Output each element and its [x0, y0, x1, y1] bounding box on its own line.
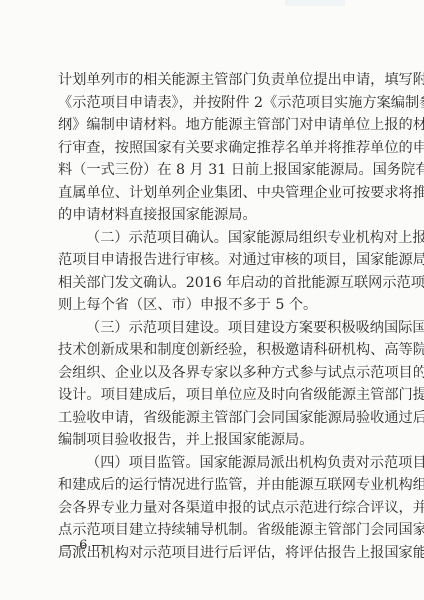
page-number: — 6 —: [62, 538, 105, 554]
document-page: 计划单列市的相关能源主管部门负责单位提出申请，填写附件 1 《示范项目申请表》，…: [0, 0, 424, 600]
text-line: 《示范项目申请表》，并按附件 2《示范项目实施方案编制参考大: [58, 92, 374, 115]
section-heading-line: （四）项目监管。国家能源局派出机构负责对示范项目建设: [58, 452, 374, 475]
text-line: 设计。项目建成后，项目单位应及时向省级能源主管部门提出竣: [58, 384, 374, 407]
text-line: 工验收申请，省级能源主管部门会同国家能源局验收通过后，组织: [58, 407, 374, 430]
text-line: 料（一式三份）在 8 月 31 日前上报国家能源局。国务院有关部门: [58, 159, 374, 182]
text-line: 计划单列市的相关能源主管部门负责单位提出申请，填写附件 1: [58, 69, 374, 92]
text-line: 编制项目验收报告，并上报国家能源局。: [58, 429, 374, 452]
text-line: 纲》编制申请材料。地方能源主管部门对申请单位上报的材料进: [58, 114, 374, 137]
text-line: 和建成后的运行情况进行监管，并由能源互联网专业机构组织社: [58, 474, 374, 497]
body-text: 计划单列市的相关能源主管部门负责单位提出申请，填写附件 1 《示范项目申请表》，…: [58, 69, 374, 564]
text-line: 技术创新成果和制度创新经验，积极邀请科研机构、高等院校、社: [58, 339, 374, 362]
text-line: 范项目申请报告进行审核。对通过审核的项目，国家能源局联合: [58, 249, 374, 272]
text-line: 则上每个省（区、市）申报不多于 5 个。: [58, 294, 374, 317]
text-line: 的申请材料直接报国家能源局。: [58, 204, 374, 227]
text-line: 点示范项目建立持续辅导机制。省级能源主管部门会同国家能源: [58, 519, 374, 542]
section-heading-line: （三）示范项目建设。项目建设方案要积极吸纳国际国内的: [58, 317, 374, 340]
text-line: 会各界专业力量对各渠道申报的试点示范进行综合评议，并对试: [58, 497, 374, 520]
text-line: 会组织、企业以及各界专家以多种方式参与试点示范项目的方案: [58, 362, 374, 385]
section-heading-line: （二）示范项目确认。国家能源局组织专业机构对上报的示: [58, 227, 374, 250]
text-line: 相关部门发文确认。2016 年启动的首批能源互联网示范项目，原: [58, 272, 374, 295]
text-line: 直属单位、计划单列企业集团、中央管理企业可按要求将推荐单位: [58, 182, 374, 205]
text-line: 局派出机构对示范项目进行后评估，将评估报告上报国家能源局，: [58, 542, 374, 565]
scan-artifact: [285, 0, 345, 6]
text-line: 行审查，按照国家有关要求确定推荐名单并将推荐单位的申请材: [58, 137, 374, 160]
